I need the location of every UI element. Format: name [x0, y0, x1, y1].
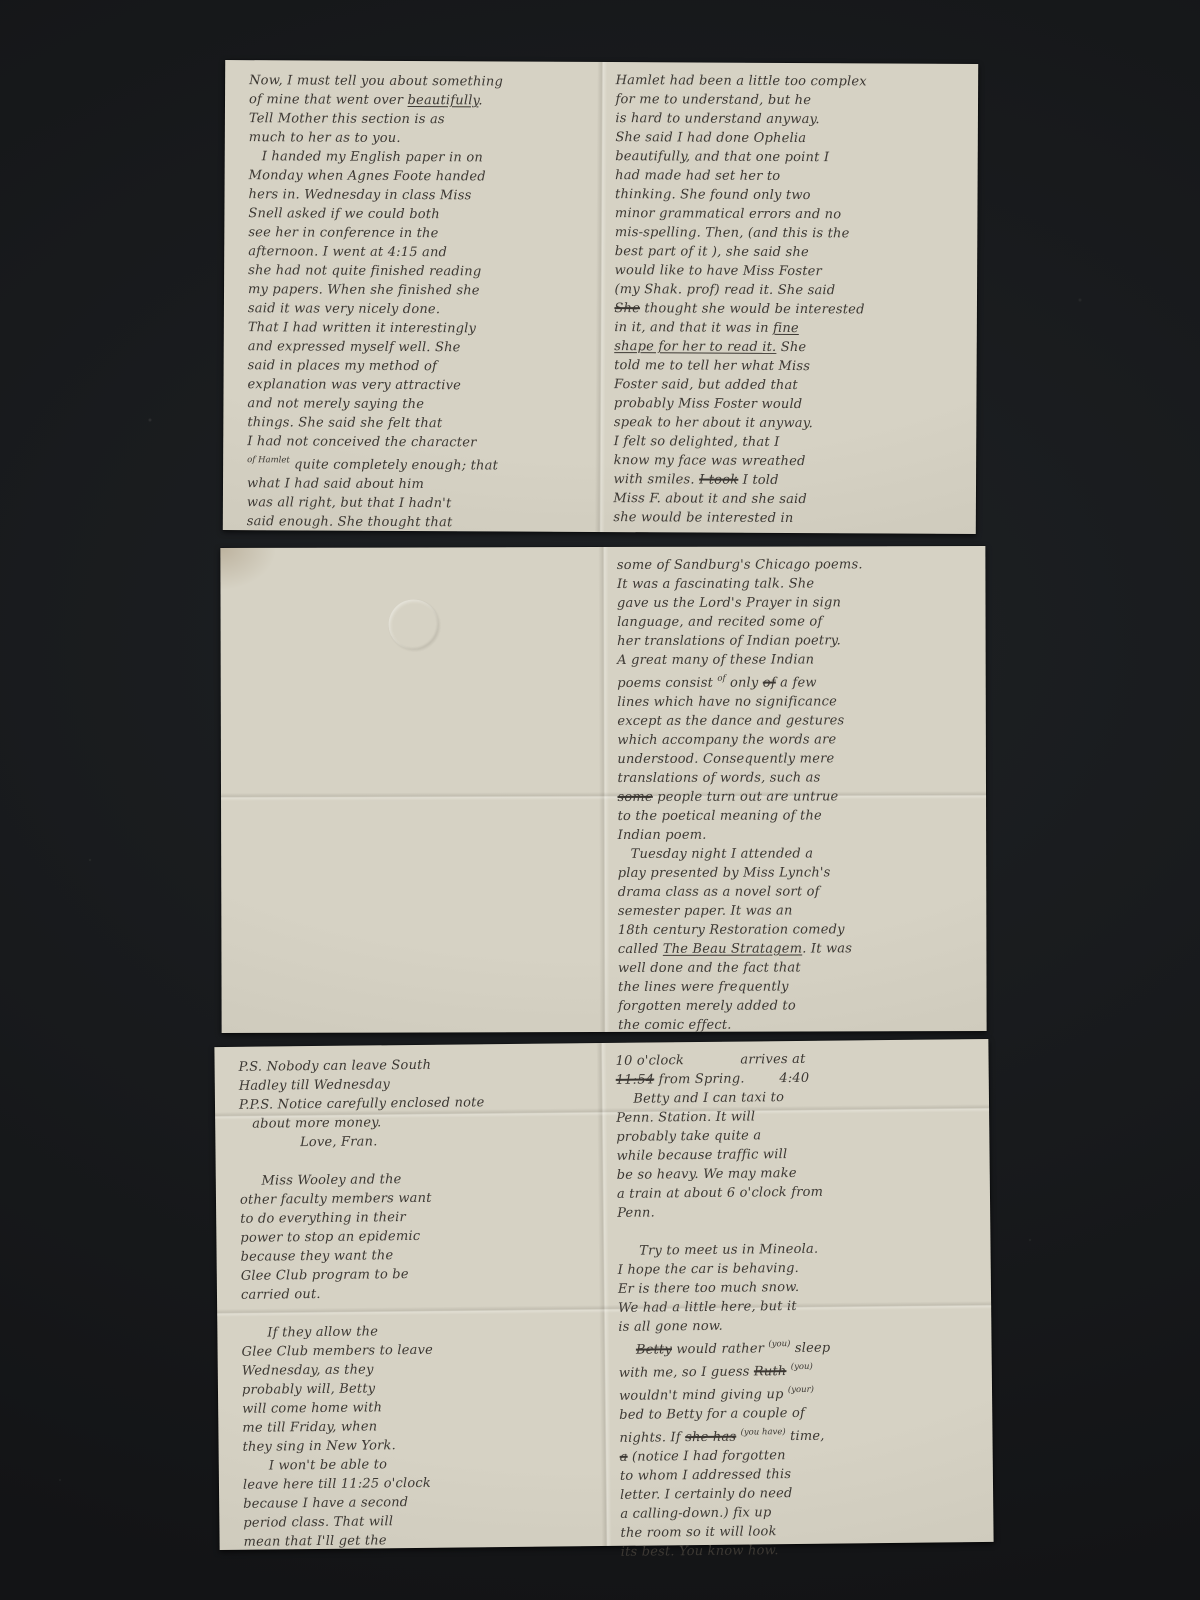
- handwritten-line: well done and the fact that: [618, 958, 971, 978]
- handwritten-line: things. She said she felt that: [247, 413, 594, 434]
- handwritten-line: called The Beau Stratagem. It was: [618, 939, 971, 959]
- handwritten-line: said enough. She thought that: [247, 512, 594, 533]
- handwritten-line: hers in. Wednesday in class Miss: [248, 185, 595, 206]
- handwritten-line: Snell asked if we could both: [248, 204, 595, 225]
- handwritten-line: play presented by Miss Lynch's: [618, 863, 971, 883]
- sheet3-right-text: 10 o'clock arrives at11:54 from Spring. …: [615, 1048, 977, 1562]
- handwritten-line: with smiles. I took I told: [613, 470, 960, 491]
- handwritten-line: said in places my method of: [248, 356, 595, 377]
- handwritten-line: she had not quite finished reading: [248, 261, 595, 282]
- handwritten-line: Monday when Agnes Foote handed: [249, 166, 596, 187]
- handwritten-line: her translations of Indian poetry.: [617, 631, 970, 651]
- handwritten-line: It was a fascinating talk. She: [617, 574, 970, 594]
- handwritten-line: had made had set her to: [615, 166, 962, 187]
- handwritten-line: know my face was wreathed: [614, 451, 961, 472]
- handwritten-line: (my Shak. prof) read it. She said: [614, 280, 961, 301]
- handwritten-line: mean that I'll get the: [243, 1529, 600, 1552]
- handwritten-line: Hamlet had been a little too complex: [616, 71, 963, 92]
- handwritten-line: poems consist of only of a few: [617, 669, 970, 693]
- handwritten-line: shape for her to read it. She: [614, 337, 961, 358]
- handwritten-line: Indian poem.: [618, 825, 971, 845]
- handwritten-line: was all right, but that I hadn't: [247, 493, 594, 514]
- handwritten-line: translations of words, such as: [617, 768, 970, 788]
- handwritten-line: I handed my English paper in on: [249, 147, 596, 168]
- handwritten-line: language, and recited some of: [617, 612, 970, 632]
- handwritten-line: That I had written it interestingly: [248, 318, 595, 339]
- handwritten-line: explanation was very attractive: [247, 375, 594, 396]
- handwritten-line: best part of it ), she said she: [615, 242, 962, 263]
- handwritten-line: of Hamlet quite completely enough; that: [247, 451, 594, 476]
- handwritten-line: I had not conceived the character: [247, 432, 594, 453]
- handwritten-line: see her in conference in the: [248, 223, 595, 244]
- handwritten-line: and not merely saying the: [247, 394, 594, 415]
- handwritten-line: Tell Mother this section is as: [249, 109, 596, 130]
- letter-sheet-1: Now, I must tell you about somethingof m…: [223, 60, 978, 534]
- handwritten-line: understood. Consequently mere: [617, 749, 970, 769]
- handwritten-line: drama class as a novel sort of: [618, 882, 971, 902]
- handwritten-line: minor grammatical errors and no: [615, 204, 962, 225]
- handwritten-line: She said I had done Ophelia: [615, 128, 962, 149]
- handwritten-line: the comic effect.: [618, 1015, 971, 1035]
- sheet3-left-text: P.S. Nobody can leave SouthHadley till W…: [239, 1054, 601, 1552]
- handwritten-line: except as the dance and gestures: [617, 711, 970, 731]
- handwritten-line: the lines were frequently: [618, 977, 971, 997]
- handwritten-line: lines which have no significance: [617, 692, 970, 712]
- handwritten-line: of mine that went over beautifully.: [249, 90, 596, 111]
- handwritten-line: probably Miss Foster would: [614, 394, 961, 415]
- sheet1-right-page: Hamlet had been a little too complexfor …: [599, 62, 978, 534]
- handwritten-line: what I had said about him: [247, 474, 594, 495]
- handwritten-line: to the poetical meaning of the: [618, 806, 971, 826]
- handwritten-line: which accompany the words are: [617, 730, 970, 750]
- handwritten-line: some of Sandburg's Chicago poems.: [617, 555, 970, 575]
- handwritten-line: She thought she would be interested: [614, 299, 961, 320]
- sheet2-right-page: some of Sandburg's Chicago poems.It was …: [603, 546, 987, 1032]
- handwritten-line: A great many of these Indian: [617, 650, 970, 670]
- handwritten-line: she would be interested in: [613, 508, 960, 529]
- sheet2-right-text: some of Sandburg's Chicago poems.It was …: [617, 555, 971, 1035]
- sheet2-left-page-blank: [220, 547, 604, 1033]
- handwritten-line: thinking. She found only two: [615, 185, 962, 206]
- sheet1-right-text: Hamlet had been a little too complexfor …: [613, 71, 962, 529]
- handwritten-line: some people turn out are untrue: [617, 787, 970, 807]
- handwritten-line: Now, I must tell you about something: [249, 71, 596, 92]
- handwritten-line: for me to understand, but he: [615, 90, 962, 111]
- handwritten-line: beautifully, and that one point I: [615, 147, 962, 168]
- handwritten-line: Miss F. about it and she said: [613, 489, 960, 510]
- letter-sheet-2: some of Sandburg's Chicago poems.It was …: [220, 546, 986, 1033]
- handwritten-line: in it, and that it was in fine: [614, 318, 961, 339]
- handwritten-line: its best. You know how.: [621, 1539, 978, 1562]
- handwritten-line: said it was very nicely done.: [248, 299, 595, 320]
- handwritten-line: would like to have Miss Foster: [615, 261, 962, 282]
- embossed-seal: [389, 599, 439, 649]
- photo-background: Now, I must tell you about somethingof m…: [0, 0, 1200, 1600]
- handwritten-line: afternoon. I went at 4:15 and: [248, 242, 595, 263]
- handwritten-line: is hard to understand anyway.: [615, 109, 962, 130]
- handwritten-line: Tuesday night I attended a: [618, 844, 971, 864]
- handwritten-line: and expressed myself well. She: [248, 337, 595, 358]
- sheet3-left-page: P.S. Nobody can leave SouthHadley till W…: [214, 1043, 606, 1550]
- handwritten-line: semester paper. It was an: [618, 901, 971, 921]
- handwritten-line: speak to her about it anyway.: [614, 413, 961, 434]
- sheet1-left-text: Now, I must tell you about somethingof m…: [247, 71, 596, 533]
- handwritten-line: I felt so delighted, that I: [614, 432, 961, 453]
- handwritten-line: gave us the Lord's Prayer in sign: [617, 593, 970, 613]
- sheet3-right-page: 10 o'clock arrives at11:54 from Spring. …: [601, 1039, 993, 1546]
- handwritten-line: forgotten merely added to: [618, 996, 971, 1016]
- handwritten-line: 18th century Restoration comedy: [618, 920, 971, 940]
- letter-sheet-3: P.S. Nobody can leave SouthHadley till W…: [214, 1039, 993, 1550]
- handwritten-line: mis-spelling. Then, (and this is the: [615, 223, 962, 244]
- handwritten-line: my papers. When she finished she: [248, 280, 595, 301]
- handwritten-line: told me to tell her what Miss: [614, 356, 961, 377]
- sheet1-left-page: Now, I must tell you about somethingof m…: [223, 60, 602, 532]
- handwritten-line: Foster said, but added that: [614, 375, 961, 396]
- handwritten-line: much to her as to you.: [249, 128, 596, 149]
